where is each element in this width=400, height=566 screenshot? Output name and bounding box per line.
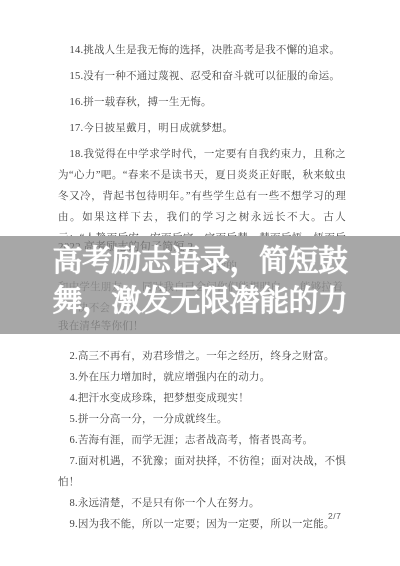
document-page: 14.挑战人生是我无悔的选择，决胜高考是我不懈的追求。 15.没有一种不通过蔑视…: [0, 0, 400, 566]
quote-item-15: 15.没有一种不通过蔑视、忍受和奋斗就可以征服的命运。: [58, 66, 346, 87]
quote-item-9: 9.因为我不能，所以一定要；因为一定要，所以一定能。: [58, 514, 346, 535]
page-number-indicator: 2/7: [328, 511, 341, 521]
quote-item-2: 2.高三不再有，劝君珍惜之。一年之经历，终身之财富。: [58, 346, 346, 367]
quote-item-17: 17.今日披星戴月，明日成就梦想。: [58, 118, 346, 139]
quote-item-6: 6.苦海有涯，而学无涯；志者战高考，惰者畏高考。: [58, 430, 346, 451]
quote-item-4: 4.把汗水变成珍珠，把梦想变成现实！: [58, 388, 346, 409]
overlay-title: 高考励志语录，简短鼓 舞，激发无限潜能的力: [0, 236, 400, 322]
quote-item-5: 5.拼一分高一分，一分成就终生。: [58, 409, 346, 430]
quote-item-14: 14.挑战人生是我无悔的选择，决胜高考是我不懈的追求。: [58, 40, 346, 61]
quotes-section-2: 2.高三不再有，劝君珍惜之。一年之经历，终身之财富。 3.外在压力增加时，就应增…: [58, 346, 346, 535]
title-overlay-banner[interactable]: 2022 高考励志的句子简短 2 是我的 和中学生朋友 同时我自己会问你们能想明…: [0, 236, 400, 334]
quote-item-3: 3.外在压力增加时，就应增强内在的动力。: [58, 367, 346, 388]
quote-item-7: 7.面对机遇，不犹豫；面对抉择，不彷徨；面对决战，不惧怕！: [58, 451, 346, 493]
overlay-title-line-2: 舞，激发无限潜能的力: [0, 282, 400, 322]
overlay-title-line-1: 高考励志语录，简短鼓: [0, 242, 400, 282]
quote-item-8: 8.永远清楚，不是只有你一个人在努力。: [58, 493, 346, 514]
background-text-fragment: 我在清华等你们！: [58, 320, 144, 334]
quote-item-16: 16.拼一载春秋，搏一生无悔。: [58, 92, 346, 113]
